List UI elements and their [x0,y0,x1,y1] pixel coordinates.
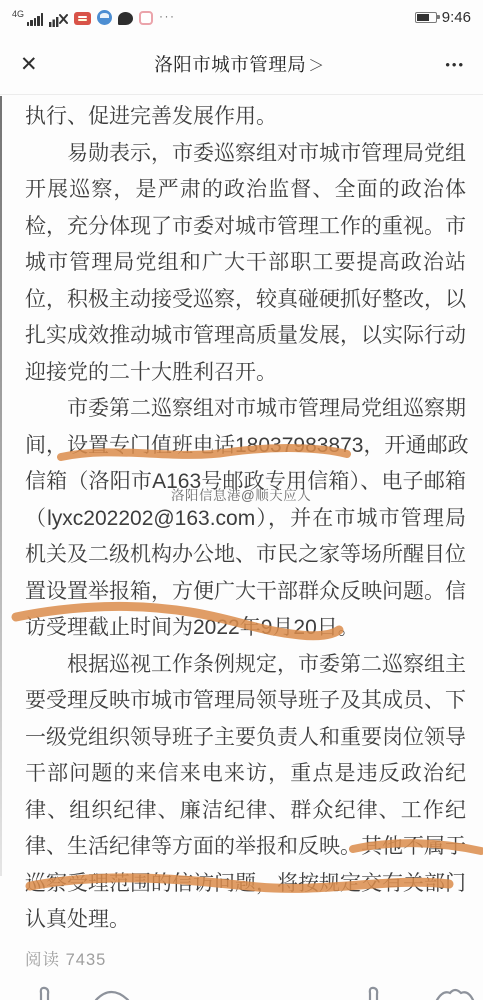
status-bar-left: 4G ··· [12,8,175,26]
article-line: 扎实成效推动城市管理高质量发展，以实际行动 [25,318,466,355]
red-app-badge-icon [74,12,91,25]
page-title: 洛阳市城市管理局 [154,54,306,75]
article-line: 城市管理局党组和广大干部职工要提高政治站 [25,245,466,282]
close-icon[interactable]: ✕ [0,52,58,77]
pink-app-badge-icon [139,11,153,25]
article-line: 访受理截止时间为2022年9月20日。 [25,610,466,647]
article-line: 置设置举报箱，方便广大干部群众反映问题。信 [25,574,466,611]
chat-bubble-icon [118,12,133,25]
article-line: 机关及二级机构办公地、市民之家等场所醒目位 [25,537,466,574]
read-count-value: 7435 [66,951,107,969]
read-count: 阅读 7435 [25,946,466,970]
article-line: 干部问题的来信来电来访，重点是违反政治纪 [25,756,466,793]
wechat-article-page: 4G ··· 9:46 ✕ 洛阳市城市管理局＞ ••• 执 [0,0,483,1000]
signal-bars-icon [27,13,43,26]
article-line: 认真处理。 [25,902,466,939]
account-title[interactable]: 洛阳市城市管理局＞ [58,51,421,77]
status-bar: 4G ··· 9:46 [0,0,483,34]
article-line: 根据巡视工作条例规定，市委第二巡察组主 [25,647,466,684]
sim2-no-signal-icon [49,12,68,27]
article-line: 律、生活纪律等方面的举报和反映。其他不属于 [25,829,466,866]
article-line: 易勋表示，市委巡察组对市城市管理局党组 [25,136,466,173]
more-menu-icon[interactable]: ••• [421,57,483,72]
chevron-right-icon: ＞ [308,58,325,75]
article-line: 执行、促进完善发展作用。 [25,99,466,136]
star-icon[interactable] [437,990,473,1000]
article-line: 一级党组织领导班子主要负责人和重要岗位领导 [25,720,466,757]
article-line: 要受理反映市城市管理局领导班子及其成员、下 [25,683,466,720]
article-line: 间，设置专门值班电话18037983873，开通邮政 [25,428,466,465]
article-line: 市委第二巡察组对市城市管理局党组巡察期 [25,391,466,428]
article-line: 迎接党的二十大胜利召开。 [25,355,466,392]
wow-icon[interactable] [96,992,128,1000]
blue-app-badge-icon [97,10,112,25]
read-count-label: 阅读 [25,951,60,969]
article-line: 巡察受理范围的信访问题，将按规定交有关部门 [25,866,466,903]
article-body: 执行、促进完善发展作用。 易勋表示，市委巡察组对市城市管理局党组 开展巡察，是严… [0,95,483,970]
article-line: （lyxc202202@163.com），并在市城市管理局 [25,501,466,538]
clock-time: 9:46 [442,9,471,26]
article-line: 开展巡察，是严肃的政治监督、全面的政治体 [25,172,466,209]
like-icon[interactable] [41,988,48,1000]
article-line: 位，积极主动接受巡察，较真碰硬抓好整改，以 [25,282,466,319]
status-bar-right: 9:46 [415,9,471,26]
network-type-label: 4G [12,10,24,19]
overflow-dots-icon: ··· [159,9,176,23]
article-line: 信箱（洛阳市A163号邮政专用信箱）、电子邮箱 [25,464,466,501]
article-header: ✕ 洛阳市城市管理局＞ ••• [0,34,483,95]
battery-icon [415,12,437,23]
like-count-icon[interactable] [370,988,377,1000]
article-line: 律、组织纪律、廉洁纪律、群众纪律、工作纪 [25,793,466,830]
article-line: 检，充分体现了市委对城市管理工作的重视。市 [25,209,466,246]
